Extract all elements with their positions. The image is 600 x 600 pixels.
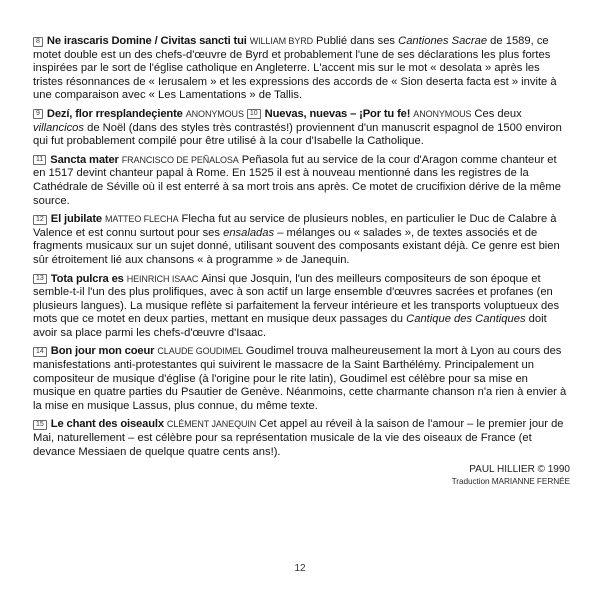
italic-term: ensaladas: [223, 227, 274, 239]
track-number-badge: 9: [33, 109, 43, 119]
work-title: Ne irascaris Domine / Civitas sancti tui: [47, 35, 247, 47]
work-title: Le chant des oiseaulx: [51, 418, 164, 430]
work-title: Bon jour mon coeur: [51, 345, 155, 357]
entry-paragraph: 8Ne irascaris Domine / Civitas sancti tu…: [33, 35, 570, 103]
author-credit: PAUL HILLIER © 1990: [33, 464, 570, 476]
entry-paragraph: 9Dezí, flor rresplandeçienteANONYMOUS10N…: [33, 108, 570, 149]
work-title: El jubilate: [51, 213, 102, 225]
composer-name: HEINRICH ISAAC: [127, 274, 199, 284]
entry-paragraph: 12El jubilateMATTEO FLECHAFlecha fut au …: [33, 213, 570, 267]
note-text: Ces deux: [474, 108, 521, 120]
composer-name: ANONYMOUS: [186, 109, 244, 119]
credits-block: PAUL HILLIER © 1990 Traduction MARIANNE …: [33, 464, 570, 486]
composer-name: WILLIAM BYRD: [250, 36, 313, 46]
work-title: Sancta mater: [50, 154, 118, 166]
entry-paragraph: 15Le chant des oiseaulxCLÉMENT JANEQUINC…: [33, 418, 570, 459]
track-number-badge: 15: [33, 420, 47, 430]
page-number: 12: [0, 563, 600, 574]
composer-name: CLÉMENT JANEQUIN: [167, 419, 256, 429]
composer-name: CLAUDE GOUDIMEL: [157, 346, 243, 356]
translator-credit: Traduction MARIANNE FERNÉE: [33, 476, 570, 486]
work-title: Tota pulcra es: [51, 273, 124, 285]
entry-paragraph: 14Bon jour mon coeurCLAUDE GOUDIMELGoudi…: [33, 345, 570, 413]
liner-notes-page: 8Ne irascaris Domine / Civitas sancti tu…: [0, 0, 600, 600]
composer-name: FRANCISCO DE PEÑALOSA: [122, 155, 239, 165]
entry-paragraph: 13Tota pulcra esHEINRICH ISAACAinsi que …: [33, 273, 570, 341]
italic-term: Cantiones Sacrae: [398, 35, 487, 47]
track-number-badge: 8: [33, 37, 43, 47]
track-number-badge: 12: [33, 215, 47, 225]
composer-name: ANONYMOUS: [413, 109, 471, 119]
track-number-badge: 13: [33, 274, 47, 284]
entry-paragraph: 11Sancta materFRANCISCO DE PEÑALOSAPeñas…: [33, 154, 570, 208]
note-text: Publié dans ses: [316, 35, 398, 47]
work-title: Dezí, flor rresplandeçiente: [47, 108, 183, 120]
work-title: Nuevas, nuevas – ¡Por tu fe!: [265, 108, 411, 120]
track-number-badge: 10: [247, 109, 261, 119]
track-number-badge: 11: [33, 155, 46, 165]
composer-name: MATTEO FLECHA: [105, 214, 179, 224]
note-text: de Noël (dans des styles très contrastés…: [33, 122, 562, 148]
italic-term: villancicos: [33, 122, 84, 134]
liner-notes: 8Ne irascaris Domine / Civitas sancti tu…: [33, 35, 570, 486]
track-number-badge: 14: [33, 347, 47, 357]
italic-term: Cantique des Cantiques: [406, 313, 525, 325]
